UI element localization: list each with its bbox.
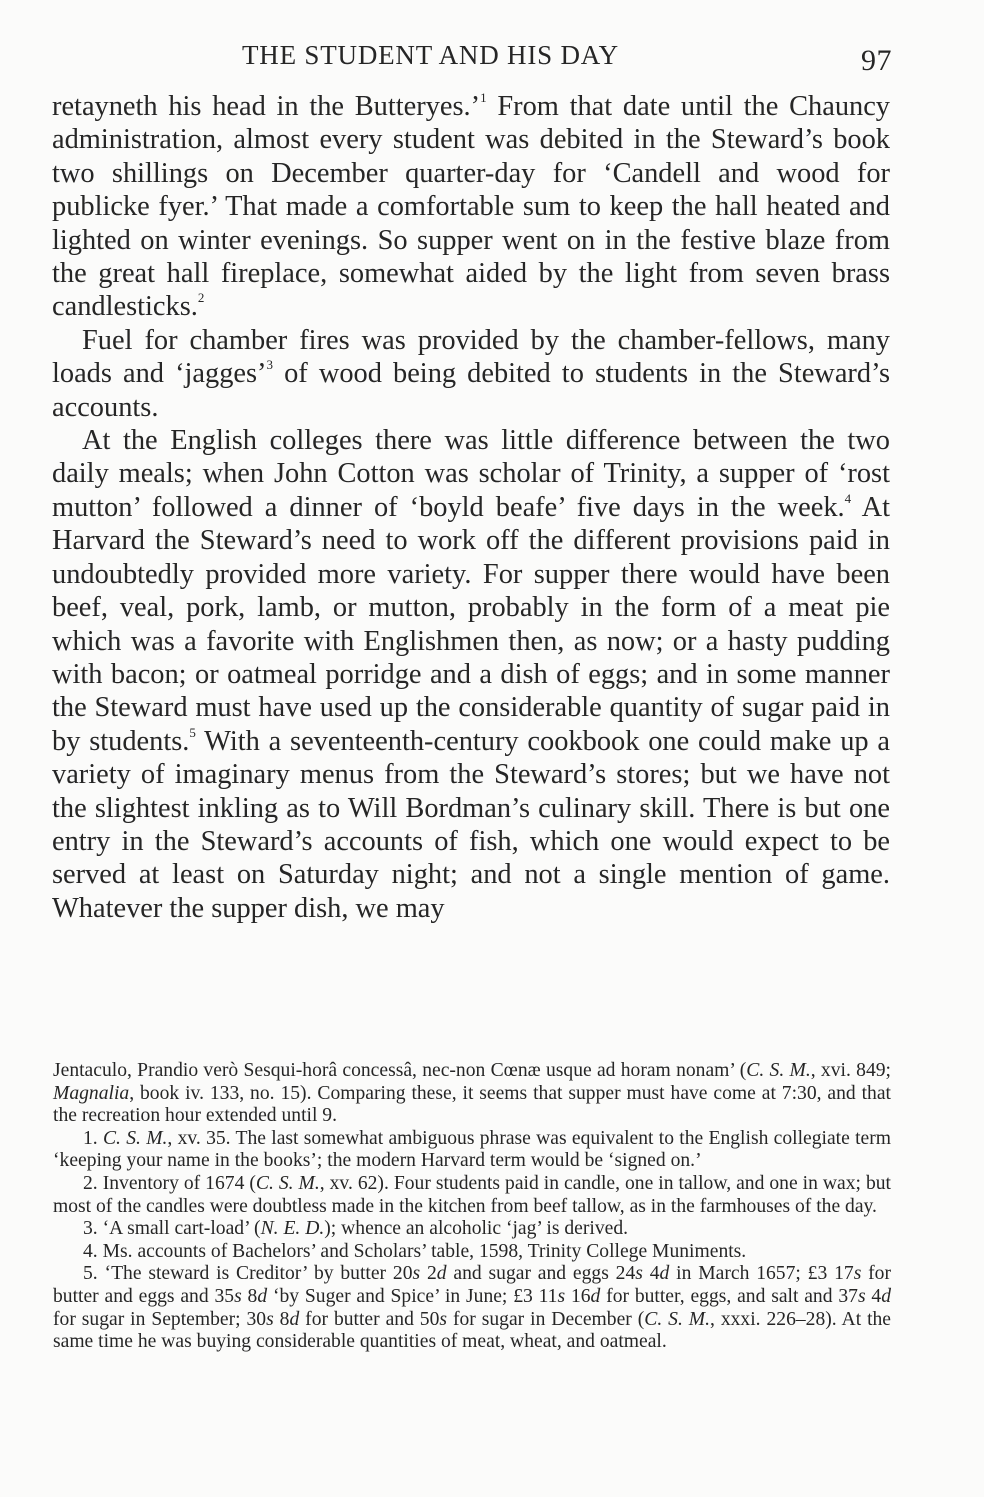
footnote-4: 4. Ms. accounts of Bachelors’ and Schola… bbox=[53, 1241, 891, 1264]
body-text: retayneth his head in the Butteryes.’1 F… bbox=[52, 90, 890, 925]
paragraph-3: At the English colleges there was little… bbox=[52, 424, 890, 925]
footnote-ref-2: 2 bbox=[198, 290, 205, 305]
footnotes: Jentaculo, Prandio verò Sesqui-horâ conc… bbox=[53, 1060, 891, 1354]
footnote-continued: Jentaculo, Prandio verò Sesqui-horâ conc… bbox=[53, 1060, 891, 1128]
footnote-3: 3. ‘A small cart-load’ (N. E. D.); whenc… bbox=[53, 1218, 891, 1241]
book-page: The Student and His Day 97 retayneth his… bbox=[52, 40, 890, 925]
running-head: The Student and His Day 97 bbox=[52, 40, 890, 80]
footnote-2: 2. Inventory of 1674 (C. S. M., xv. 62).… bbox=[53, 1173, 891, 1218]
paragraph-1: retayneth his head in the Butteryes.’1 F… bbox=[52, 90, 890, 324]
page-number: 97 bbox=[861, 44, 892, 78]
running-title: The Student and His Day bbox=[242, 40, 619, 71]
footnote-1: 1. C. S. M., xv. 35. The last somewhat a… bbox=[53, 1128, 891, 1173]
paragraph-2: Fuel for chamber fires was provided by t… bbox=[52, 324, 890, 424]
footnote-5: 5. ‘The steward is Creditor’ by butter 2… bbox=[53, 1263, 891, 1353]
